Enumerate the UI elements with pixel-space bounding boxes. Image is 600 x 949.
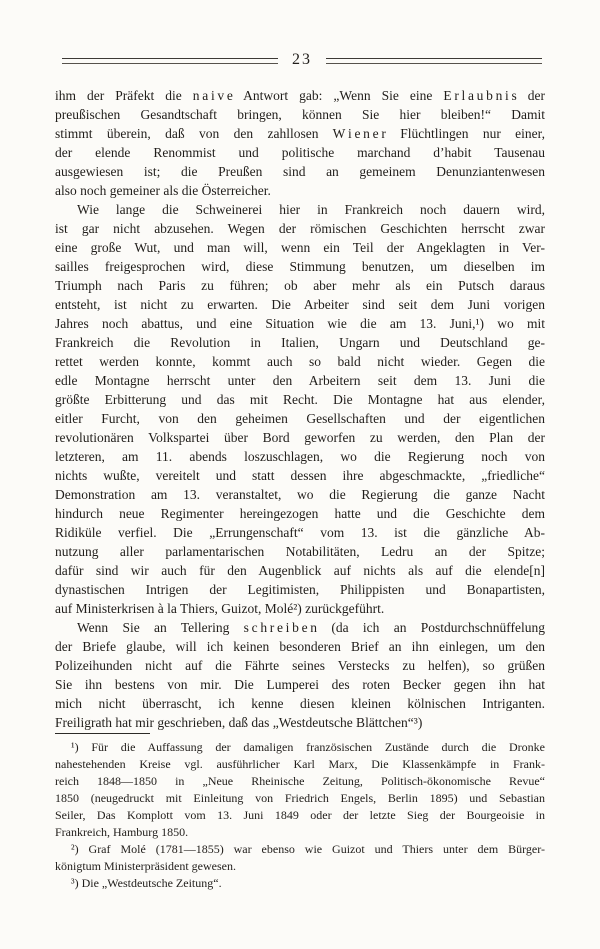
footnote-line: 1850 (neugedruckt mit Einleitung von Fri… [55, 790, 545, 807]
text-line: sailles freigesprochen wird, diese Stimm… [55, 257, 545, 276]
footnote: ¹) Für die Auffassung der damaligen fran… [55, 739, 545, 841]
book-page: 23 ihm der Präfekt die n a i v e Antwort… [0, 0, 600, 949]
text-line: Demonstration am 13. veranstaltet, wo di… [55, 485, 545, 504]
running-head: 23 [62, 53, 542, 69]
text-line: der Briefe glaube, will ich keinen beson… [55, 637, 545, 656]
footnote-line: Frankreich, Hamburg 1850. [55, 824, 545, 841]
page-number: 23 [292, 52, 312, 68]
text-line: hindurch neue Regimenter hereingezogen h… [55, 504, 545, 523]
text-line: ausgewiesen ist; die Preußen sind an gem… [55, 162, 545, 181]
text-line: nutzung aller parlamentarischen Notabili… [55, 542, 545, 561]
text-line: größte Erbitterung und das mit Recht. Di… [55, 390, 545, 409]
text-line: ist gar nicht abzusehen. Wegen der römis… [55, 219, 545, 238]
footnote-line: Seiler, Das Komplott vom 13. Juni 1849 o… [55, 807, 545, 824]
footnote: ³) Die „Westdeutsche Zeitung“. [55, 875, 545, 892]
paragraph: ihm der Präfekt die n a i v e Antwort ga… [55, 86, 545, 200]
paragraph: Wenn Sie an Tellering s c h r e i b e n … [55, 618, 545, 732]
body-text: ihm der Präfekt die n a i v e Antwort ga… [55, 86, 545, 732]
text-line: stimmt überein, daß von den zahllosen W … [55, 124, 545, 143]
text-line: dafür sind wir auch für den Augenblick a… [55, 561, 545, 580]
footnote-line: nahestehenden Kreise vgl. ausführlicher … [55, 756, 545, 773]
footnote-line: ²) Graf Molé (1781—1855) war ebenso wie … [55, 841, 545, 858]
paragraph: Wie lange die Schweinerei hier in Frankr… [55, 200, 545, 618]
text-line: Frankreich die Revolution in Italien, Un… [55, 333, 545, 352]
footnote-line: ³) Die „Westdeutsche Zeitung“. [55, 875, 545, 892]
text-line: entsteht, ist nicht zu erwarten. Die Arb… [55, 295, 545, 314]
footnote-line: ¹) Für die Auffassung der damaligen fran… [55, 739, 545, 756]
text-line: nichts wußte, vereitelt und statt dessen… [55, 466, 545, 485]
text-line: also noch gemeiner als die Österreicher. [55, 181, 545, 200]
header-rule-left [62, 58, 278, 64]
text-line: Triumph nach Paris zu führen; ob aber me… [55, 276, 545, 295]
text-line: auf Ministerkrisen à la Thiers, Guizot, … [55, 599, 545, 618]
text-line: Wie lange die Schweinerei hier in Frankr… [55, 200, 545, 219]
footnotes: ¹) Für die Auffassung der damaligen fran… [55, 739, 545, 892]
header-rule-right [326, 58, 542, 64]
text-line: Wenn Sie an Tellering s c h r e i b e n … [55, 618, 545, 637]
text-line: Sie ihn bestens von mir. Die Lumperei de… [55, 675, 545, 694]
footnote-line: königtum Ministerpräsident gewesen. [55, 858, 545, 875]
text-line: dynastischen Intrigen der Legitimisten, … [55, 580, 545, 599]
text-line: eine große Wut, und man will, wenn ein T… [55, 238, 545, 257]
text-line: Polizeihunden nicht auf die Fährte seine… [55, 656, 545, 675]
text-line: der elende Renommist und politische marc… [55, 143, 545, 162]
text-line: Jahres noch abattus, und eine Situation … [55, 314, 545, 333]
text-line: rettet werden konnte, kommt auch so bald… [55, 352, 545, 371]
text-line: letzteren, am 11. abends loszuschlagen, … [55, 447, 545, 466]
text-line: Freiligrath hat mir geschrieben, daß das… [55, 713, 545, 732]
text-line: eitler Furcht, von den geheimen Gesellsc… [55, 409, 545, 428]
text-line: ihm der Präfekt die n a i v e Antwort ga… [55, 86, 545, 105]
text-line: Ridiküle verfiel. Die „Errungenschaft“ v… [55, 523, 545, 542]
footnote: ²) Graf Molé (1781—1855) war ebenso wie … [55, 841, 545, 875]
text-line: preußischen Gesandtschaft bringen, könne… [55, 105, 545, 124]
footnote-separator [55, 733, 150, 734]
footnote-line: reich 1848—1850 in „Neue Rheinische Zeit… [55, 773, 545, 790]
text-line: mich nicht überrascht, ich kenne diesen … [55, 694, 545, 713]
text-line: revolutionären Volkspartei über Bord gew… [55, 428, 545, 447]
text-line: edle Montagne herrscht unter den Arbeite… [55, 371, 545, 390]
